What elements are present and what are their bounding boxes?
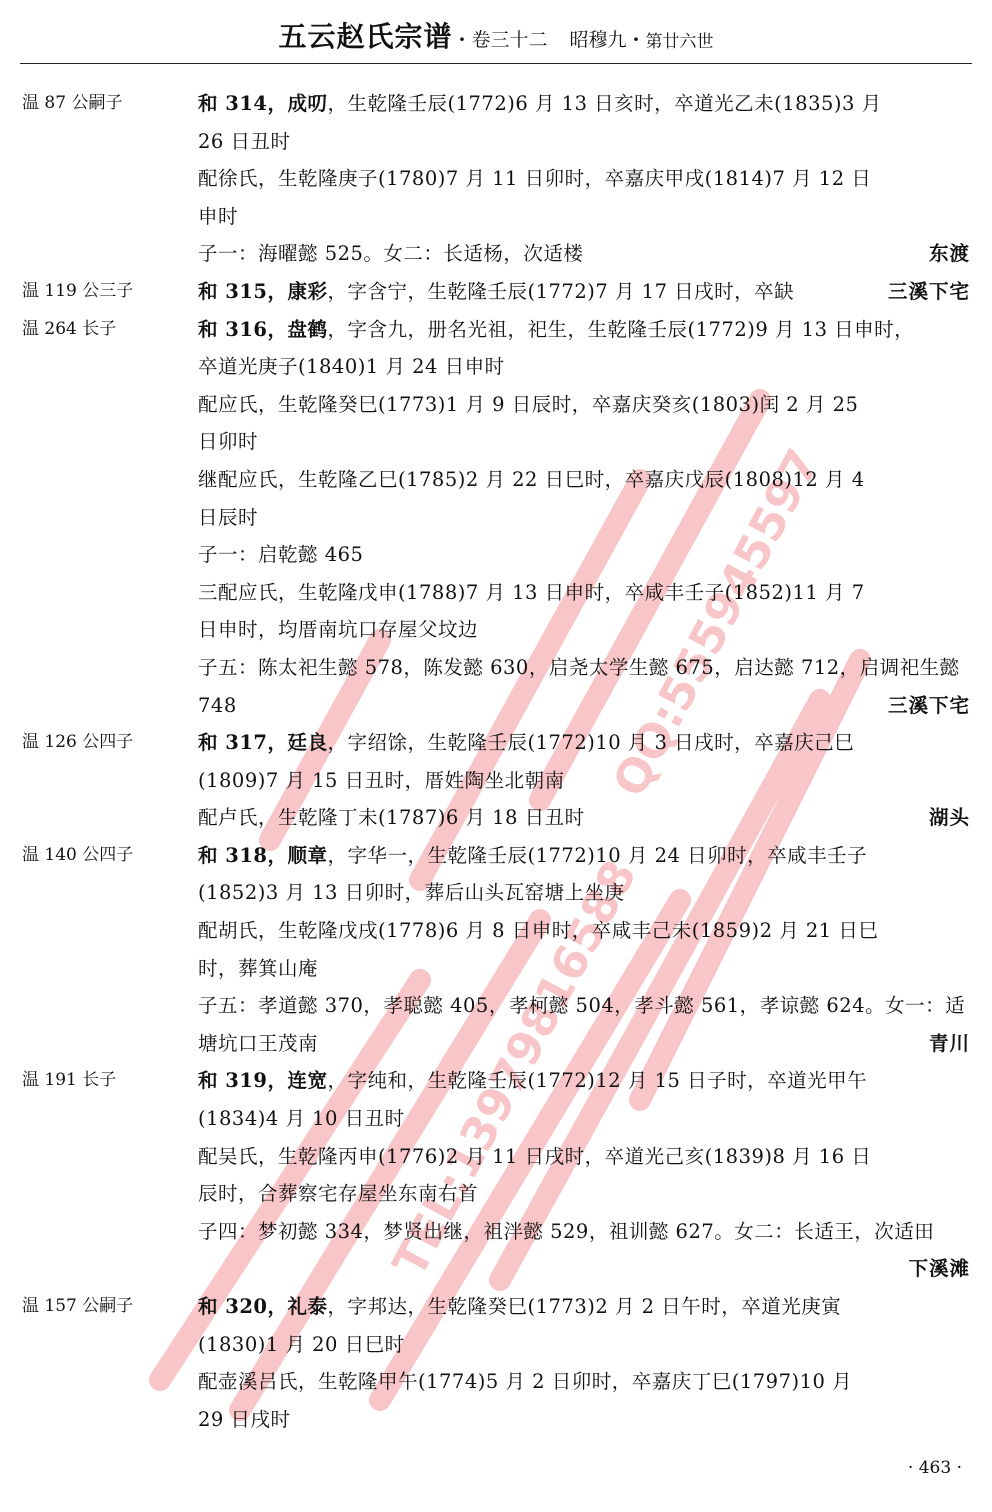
parent-reference: 温 87 公嗣子	[22, 85, 192, 123]
genealogy-entry: 温 191 长子和 319，连宽，字纯和，生乾隆壬辰(1772)12 月 15 …	[0, 1062, 992, 1288]
header-separator: ·	[459, 27, 466, 51]
entry-line: 塘坑口王茂南青川	[198, 1025, 970, 1063]
entry-line: 日辰时	[198, 499, 970, 537]
line-text: 配卢氏，生乾隆丁未(1787)6 月 18 日丑时	[198, 799, 585, 837]
genealogy-entry: 温 264 长子和 316，盘鹤，字含九，册名光祖，祀生，生乾隆壬辰(1772)…	[0, 311, 992, 725]
member-number: 和 316，	[198, 318, 288, 341]
member-details: ，字含九，册名光祖，祀生，生乾隆壬辰(1772)9 月 13 日申时，	[328, 318, 915, 341]
line-text: 和 315，康彩，字含宁，生乾隆壬辰(1772)7 月 17 日戌时，卒缺	[198, 273, 794, 311]
residence-place: 下溪滩	[908, 1250, 970, 1288]
residence-place: 青川	[929, 1025, 970, 1063]
entry-body: 和 320，礼泰，字邦达，生乾隆癸巳(1773)2 月 2 日午时，卒道光庚寅(…	[198, 1288, 970, 1438]
line-text: 塘坑口王茂南	[198, 1025, 318, 1063]
member-details: ，字华一，生乾隆壬辰(1772)10 月 24 日卯时，卒咸丰壬子	[328, 844, 868, 867]
line-text: 日卯时	[198, 423, 258, 461]
entry-line: 和 317，廷良，字绍馀，生乾隆壬辰(1772)10 月 3 日戌时，卒嘉庆己巳	[198, 724, 970, 762]
entry-body: 和 314，成叨，生乾隆壬辰(1772)6 月 13 日亥时，卒道光乙未(183…	[198, 85, 970, 273]
residence-place: 湖头	[929, 799, 970, 837]
entry-line: 配应氏，生乾隆癸巳(1773)1 月 9 日辰时，卒嘉庆癸亥(1803)闰 2 …	[198, 386, 970, 424]
line-text: 配徐氏，生乾隆庚子(1780)7 月 11 日卯时，卒嘉庆甲戌(1814)7 月…	[198, 160, 871, 198]
line-text: 子五：陈太祀生懿 578，陈发懿 630，启尧太学生懿 675，启达懿 712，…	[198, 649, 960, 687]
volume-label: 卷三十二	[471, 25, 547, 52]
line-text: 继配应氏，生乾隆乙巳(1785)2 月 22 日巳时，卒嘉庆戊辰(1808)12…	[198, 461, 865, 499]
member-details: ，字绍馀，生乾隆壬辰(1772)10 月 3 日戌时，卒嘉庆己巳	[328, 731, 855, 754]
member-number: 和 314，	[198, 92, 288, 115]
entry-line: 和 314，成叨，生乾隆壬辰(1772)6 月 13 日亥时，卒道光乙未(183…	[198, 85, 970, 123]
entry-line: 子五：陈太祀生懿 578，陈发懿 630，启尧太学生懿 675，启达懿 712，…	[198, 649, 970, 687]
line-text: 申时	[198, 198, 238, 236]
line-text: (1852)3 月 13 日卯时，葬后山头瓦窑塘上坐庚	[198, 874, 625, 912]
member-name: 连宽	[288, 1069, 328, 1092]
line-text: 和 319，连宽，字纯和，生乾隆壬辰(1772)12 月 15 日子时，卒道光甲…	[198, 1062, 867, 1100]
line-text: 时，葬箕山庵	[198, 950, 318, 988]
entry-line: (1852)3 月 13 日卯时，葬后山头瓦窑塘上坐庚	[198, 874, 970, 912]
parent-reference: 温 140 公四子	[22, 837, 192, 875]
entry-line: 和 316，盘鹤，字含九，册名光祖，祀生，生乾隆壬辰(1772)9 月 13 日…	[198, 311, 970, 349]
line-text: 卒道光庚子(1840)1 月 24 日申时	[198, 348, 505, 386]
genealogy-entry: 温 87 公嗣子和 314，成叨，生乾隆壬辰(1772)6 月 13 日亥时，卒…	[0, 85, 992, 273]
line-text: 和 316，盘鹤，字含九，册名光祖，祀生，生乾隆壬辰(1772)9 月 13 日…	[198, 311, 914, 349]
member-name: 康彩	[288, 280, 328, 303]
generation-label: 第廿六世	[645, 27, 713, 52]
line-text: 子五：孝道懿 370，孝聪懿 405，孝柯懿 504，孝斗懿 561，孝谅懿 6…	[198, 987, 965, 1025]
member-name: 礼泰	[288, 1295, 328, 1318]
entry-line: 子五：孝道懿 370，孝聪懿 405，孝柯懿 504，孝斗懿 561，孝谅懿 6…	[198, 987, 970, 1025]
line-text: 配应氏，生乾隆癸巳(1773)1 月 9 日辰时，卒嘉庆癸亥(1803)闰 2 …	[198, 386, 858, 424]
parent-reference: 温 264 长子	[22, 311, 192, 349]
entry-line: 卒道光庚子(1840)1 月 24 日申时	[198, 348, 970, 386]
entry-line: 继配应氏，生乾隆乙巳(1785)2 月 22 日巳时，卒嘉庆戊辰(1808)12…	[198, 461, 970, 499]
line-text: 子四：梦初懿 334，梦贤出继，祖泮懿 529，祖训懿 627。女二：长适王，次…	[198, 1213, 934, 1251]
entry-line: 配吴氏，生乾隆丙申(1776)2 月 11 日戌时，卒道光己亥(1839)8 月…	[198, 1138, 970, 1176]
member-details: ，字邦达，生乾隆癸巳(1773)2 月 2 日午时，卒道光庚寅	[328, 1295, 842, 1318]
page-header: 五云赵氏宗谱 · 卷三十二 昭穆九 · 第廿六世	[20, 18, 972, 64]
parent-reference: 温 119 公三子	[22, 273, 192, 311]
header-separator: ·	[633, 27, 640, 51]
line-text: 子一：启乾懿 465	[198, 536, 363, 574]
entry-line: 子一：海曜懿 525。女二：长适杨，次适楼东渡	[198, 235, 970, 273]
entry-body: 和 316，盘鹤，字含九，册名光祖，祀生，生乾隆壬辰(1772)9 月 13 日…	[198, 311, 970, 725]
entry-line: 和 315，康彩，字含宁，生乾隆壬辰(1772)7 月 17 日戌时，卒缺三溪下…	[198, 273, 970, 311]
parent-reference: 温 157 公嗣子	[22, 1288, 192, 1326]
member-number: 和 319，	[198, 1069, 288, 1092]
parent-reference: 温 126 公四子	[22, 724, 192, 762]
entry-line: (1830)1 月 20 日巳时	[198, 1326, 970, 1364]
entry-line: 辰时，合葬察宅存屋坐东南右首	[198, 1175, 970, 1213]
line-text: 三配应氏，生乾隆戊申(1788)7 月 13 日申时，卒咸丰壬子(1852)11…	[198, 574, 865, 612]
line-text: 配吴氏，生乾隆丙申(1776)2 月 11 日戌时，卒道光己亥(1839)8 月…	[198, 1138, 871, 1176]
parent-reference: 温 191 长子	[22, 1062, 192, 1100]
entry-line: 和 320，礼泰，字邦达，生乾隆癸巳(1773)2 月 2 日午时，卒道光庚寅	[198, 1288, 970, 1326]
genealogy-entry: 温 126 公四子和 317，廷良，字绍馀，生乾隆壬辰(1772)10 月 3 …	[0, 724, 992, 837]
line-text: 748	[198, 687, 237, 725]
entry-line: 和 318，顺章，字华一，生乾隆壬辰(1772)10 月 24 日卯时，卒咸丰壬…	[198, 837, 970, 875]
branch-label: 昭穆九	[570, 25, 627, 52]
line-text: 和 318，顺章，字华一，生乾隆壬辰(1772)10 月 24 日卯时，卒咸丰壬…	[198, 837, 867, 875]
line-text: 和 320，礼泰，字邦达，生乾隆癸巳(1773)2 月 2 日午时，卒道光庚寅	[198, 1288, 841, 1326]
member-name: 盘鹤	[288, 318, 328, 341]
entry-line: 和 319，连宽，字纯和，生乾隆壬辰(1772)12 月 15 日子时，卒道光甲…	[198, 1062, 970, 1100]
line-text: 辰时，合葬察宅存屋坐东南右首	[198, 1175, 478, 1213]
entry-body: 和 318，顺章，字华一，生乾隆壬辰(1772)10 月 24 日卯时，卒咸丰壬…	[198, 837, 970, 1063]
entry-line: 配卢氏，生乾隆丁未(1787)6 月 18 日丑时湖头	[198, 799, 970, 837]
member-number: 和 320，	[198, 1295, 288, 1318]
entry-line: (1809)7 月 15 日丑时，厝姓陶坐北朝南	[198, 762, 970, 800]
entry-line: 日卯时	[198, 423, 970, 461]
book-title: 五云赵氏宗谱	[279, 15, 453, 55]
entry-line: (1834)4 月 10 日丑时	[198, 1100, 970, 1138]
entry-body: 和 315，康彩，字含宁，生乾隆壬辰(1772)7 月 17 日戌时，卒缺三溪下…	[198, 273, 970, 311]
line-text: 子一：海曜懿 525。女二：长适杨，次适楼	[198, 235, 583, 273]
entry-line: 29 日戌时	[198, 1401, 970, 1439]
page-number: · 463 ·	[908, 1458, 962, 1478]
genealogy-entry: 温 140 公四子和 318，顺章，字华一，生乾隆壬辰(1772)10 月 24…	[0, 837, 992, 1063]
member-number: 和 318，	[198, 844, 288, 867]
line-text: 和 314，成叨，生乾隆壬辰(1772)6 月 13 日亥时，卒道光乙未(183…	[198, 85, 882, 123]
line-text: 日申时，均厝南坑口存屋父坟边	[198, 611, 478, 649]
member-name: 廷良	[288, 731, 328, 754]
entry-line: 时，葬箕山庵	[198, 950, 970, 988]
residence-place: 东渡	[929, 235, 970, 273]
member-details: ，生乾隆壬辰(1772)6 月 13 日亥时，卒道光乙未(1835)3 月	[328, 92, 882, 115]
entry-line: 三配应氏，生乾隆戊申(1788)7 月 13 日申时，卒咸丰壬子(1852)11…	[198, 574, 970, 612]
entry-line: 26 日丑时	[198, 123, 970, 161]
line-text: (1834)4 月 10 日丑时	[198, 1100, 405, 1138]
entry-body: 和 317，廷良，字绍馀，生乾隆壬辰(1772)10 月 3 日戌时，卒嘉庆己巳…	[198, 724, 970, 837]
entry-line: 日申时，均厝南坑口存屋父坟边	[198, 611, 970, 649]
member-details: ，字含宁，生乾隆壬辰(1772)7 月 17 日戌时，卒缺	[328, 280, 795, 303]
line-text: 29 日戌时	[198, 1401, 291, 1439]
genealogy-entries: 温 87 公嗣子和 314，成叨，生乾隆壬辰(1772)6 月 13 日亥时，卒…	[0, 85, 992, 1438]
member-details: ，字纯和，生乾隆壬辰(1772)12 月 15 日子时，卒道光甲午	[328, 1069, 868, 1092]
residence-place: 三溪下宅	[888, 273, 970, 311]
entry-line: 子四：梦初懿 334，梦贤出继，祖泮懿 529，祖训懿 627。女二：长适王，次…	[198, 1213, 970, 1251]
genealogy-entry: 温 157 公嗣子和 320，礼泰，字邦达，生乾隆癸巳(1773)2 月 2 日…	[0, 1288, 992, 1438]
line-text: (1809)7 月 15 日丑时，厝姓陶坐北朝南	[198, 762, 565, 800]
line-text: 配壶溪吕氏，生乾隆甲午(1774)5 月 2 日卯时，卒嘉庆丁巳(1797)10…	[198, 1363, 852, 1401]
entry-line: 申时	[198, 198, 970, 236]
entry-line: 子一：启乾懿 465	[198, 536, 970, 574]
entry-line: 下溪滩	[198, 1250, 970, 1288]
line-text: (1830)1 月 20 日巳时	[198, 1326, 405, 1364]
entry-line: 配徐氏，生乾隆庚子(1780)7 月 11 日卯时，卒嘉庆甲戌(1814)7 月…	[198, 160, 970, 198]
entry-line: 配胡氏，生乾隆戊戌(1778)6 月 8 日申时，卒咸丰己未(1859)2 月 …	[198, 912, 970, 950]
member-name: 顺章	[288, 844, 328, 867]
member-number: 和 317，	[198, 731, 288, 754]
line-text: 和 317，廷良，字绍馀，生乾隆壬辰(1772)10 月 3 日戌时，卒嘉庆己巳	[198, 724, 854, 762]
residence-place: 三溪下宅	[888, 687, 970, 725]
line-text: 日辰时	[198, 499, 258, 537]
member-number: 和 315，	[198, 280, 288, 303]
entry-body: 和 319，连宽，字纯和，生乾隆壬辰(1772)12 月 15 日子时，卒道光甲…	[198, 1062, 970, 1288]
entry-line: 配壶溪吕氏，生乾隆甲午(1774)5 月 2 日卯时，卒嘉庆丁巳(1797)10…	[198, 1363, 970, 1401]
line-text: 配胡氏，生乾隆戊戌(1778)6 月 8 日申时，卒咸丰己未(1859)2 月 …	[198, 912, 878, 950]
line-text: 26 日丑时	[198, 123, 291, 161]
genealogy-entry: 温 119 公三子和 315，康彩，字含宁，生乾隆壬辰(1772)7 月 17 …	[0, 273, 992, 311]
member-name: 成叨	[288, 92, 328, 115]
entry-line: 748三溪下宅	[198, 687, 970, 725]
